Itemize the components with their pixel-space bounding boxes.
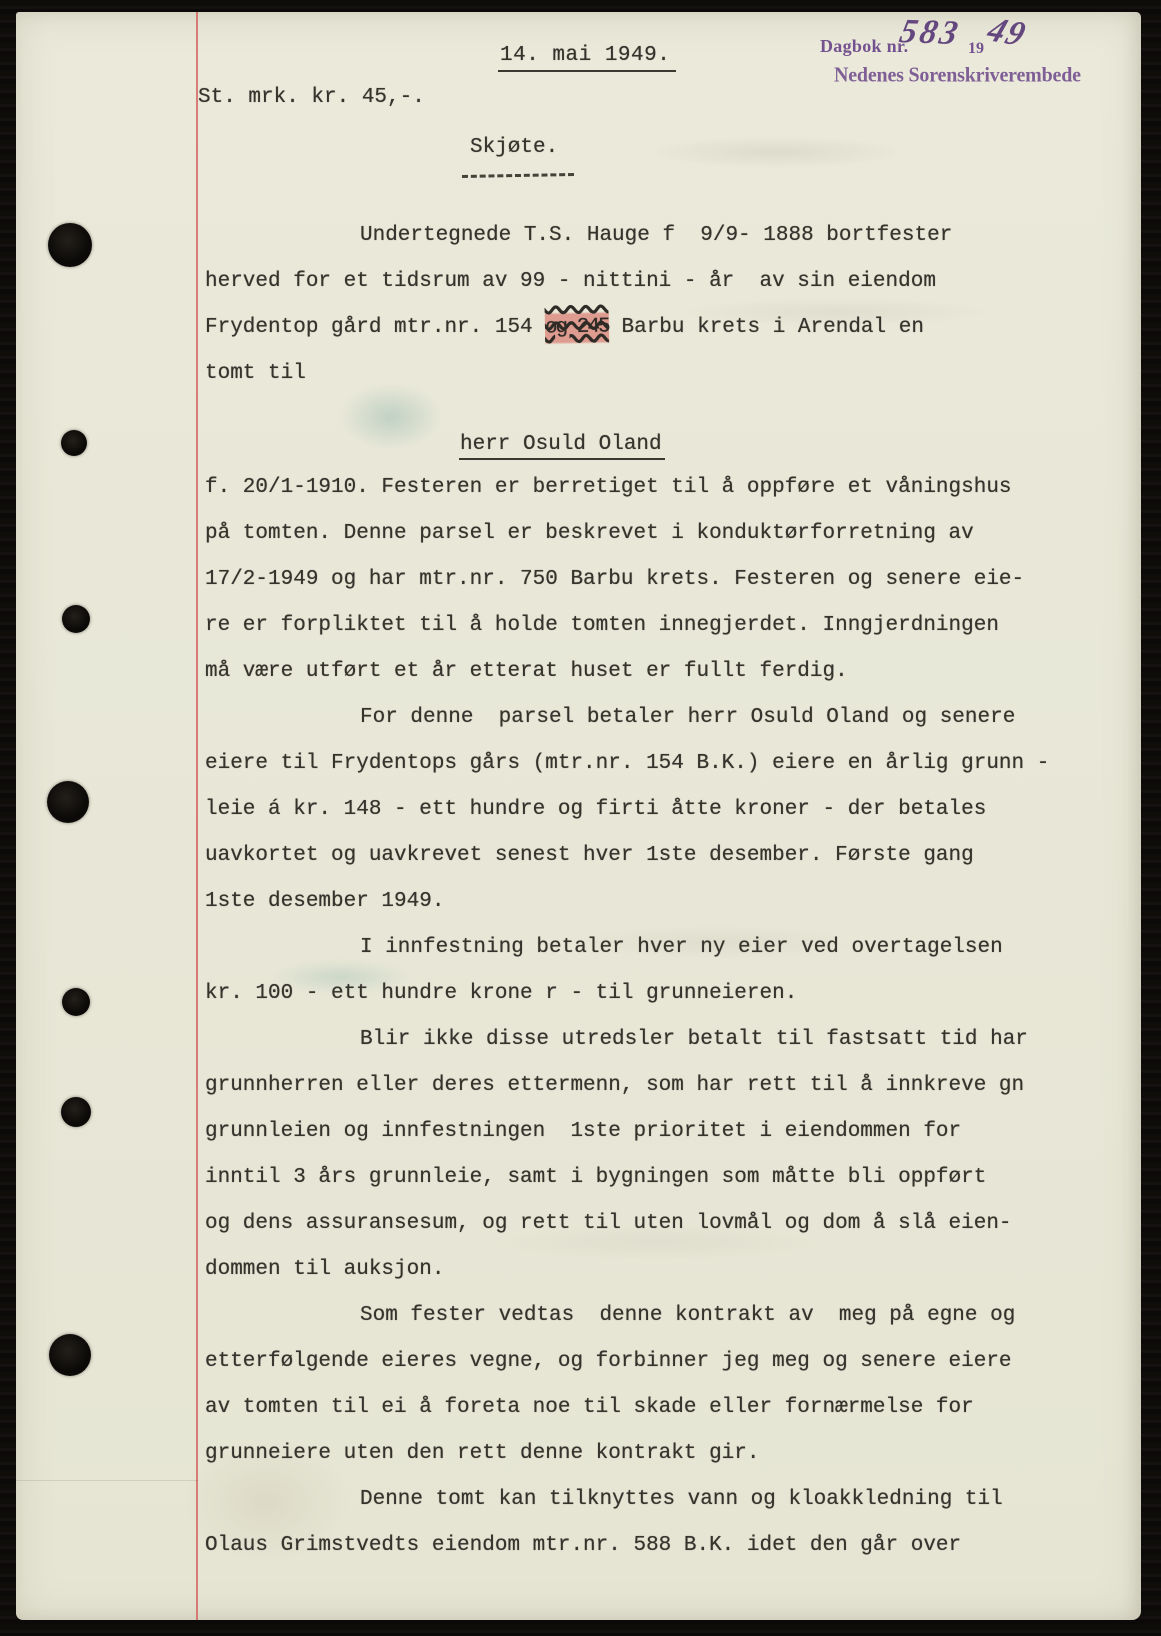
document-type-title: Skjøte. [470, 136, 558, 159]
typed-line: må være utført et år etterat huset er fu… [205, 649, 1085, 695]
paragraph-terms: f. 20/1-1910. Festeren er berretiget til… [205, 465, 1085, 1569]
red-margin-rule [196, 12, 198, 1620]
typed-line: inntil 3 års grunnleie, samt i bygningen… [205, 1155, 1085, 1201]
typed-line: Undertegnede T.S. Hauge f 9/9- 1888 bort… [205, 213, 1085, 259]
typed-line: tomt til [205, 351, 1085, 397]
journal-number-handwritten: 583 [896, 13, 964, 53]
punch-hole [48, 223, 92, 267]
typed-line: grunnleien og innfestningen 1ste priorit… [205, 1109, 1085, 1155]
year-handwritten: 49 [982, 11, 1032, 54]
punch-hole [61, 430, 87, 456]
typed-line: re er forpliktet til å holde tomten inne… [205, 603, 1085, 649]
typed-line: 17/2-1949 og har mtr.nr. 750 Barbu krets… [205, 557, 1085, 603]
year-prefix-printed: 19 [968, 40, 984, 58]
typed-line: grunneiere uten den rett denne kontrakt … [205, 1431, 1085, 1477]
punch-hole [61, 1097, 91, 1127]
typed-line: av tomten til ei å foreta noe til skade … [205, 1385, 1085, 1431]
typed-line: Denne tomt kan tilknyttes vann og kloakk… [205, 1477, 1085, 1523]
scanned-document: { "colors": { "paper": "#e9e7d8", "typew… [0, 0, 1161, 1636]
typed-line: I innfestning betaler hver ny eier ved o… [205, 925, 1085, 971]
stamp-duty-note: St. mrk. kr. 45,-. [198, 86, 425, 109]
paragraph-opening: Undertegnede T.S. Hauge f 9/9- 1888 bort… [205, 213, 1085, 397]
typed-line: eiere til Frydentops gårs (mtr.nr. 154 B… [205, 741, 1085, 787]
paper-crease [16, 1480, 198, 1481]
typed-text: Barbu krets i Arendal en [609, 316, 924, 339]
typed-line: Olaus Grimstvedts eiendom mtr.nr. 588 B.… [205, 1523, 1085, 1569]
typed-line: kr. 100 - ett hundre krone r - til grunn… [205, 971, 1085, 1017]
typed-line: Frydentop gård mtr.nr. 154 og 245 Barbu … [205, 305, 1085, 351]
document-date: 14. mai 1949. [498, 44, 676, 72]
journal-number-label: Dagbok nr. [820, 36, 908, 57]
typed-line: f. 20/1-1910. Festeren er berretiget til… [205, 465, 1085, 511]
grantee-heading: herr Osuld Oland [459, 422, 665, 468]
typed-line: herved for et tidsrum av 99 - nittini - … [205, 259, 1085, 305]
punch-hole [49, 1334, 91, 1376]
punch-hole [62, 988, 90, 1016]
paper-sheet: 14. mai 1949. St. mrk. kr. 45,-. Skjøte.… [16, 12, 1141, 1620]
typed-line: grunnherren eller deres ettermenn, som h… [205, 1063, 1085, 1109]
typed-line: For denne parsel betaler herr Osuld Olan… [205, 695, 1085, 741]
typed-line: Som fester vedtas denne kontrakt av meg … [205, 1293, 1085, 1339]
punch-hole [62, 605, 90, 633]
typed-line: og dens assuransesum, og rett til uten l… [205, 1201, 1085, 1247]
typed-line: Blir ikke disse utredsler betalt til fas… [205, 1017, 1085, 1063]
typed-line: etterfølgende eieres vegne, og forbinner… [205, 1339, 1085, 1385]
typed-line: leie á kr. 148 - ett hundre og firti ått… [205, 787, 1085, 833]
crossed-out-text: og 245 [545, 304, 609, 351]
office-stamp: Nedenes Sorenskriverembede [834, 63, 1081, 88]
typed-line: 1ste desember 1949. [205, 879, 1085, 925]
punch-hole [47, 781, 89, 823]
typed-line: dommen til auksjon. [205, 1247, 1085, 1293]
typed-line: på tomten. Denne parsel er beskrevet i k… [205, 511, 1085, 557]
typed-line: uavkortet og uavkrevet senest hver 1ste … [205, 833, 1085, 879]
dashed-underline [462, 173, 574, 178]
typed-text: Frydentop gård mtr.nr. 154 [205, 316, 545, 339]
grantee-name: herr Osuld Oland [459, 433, 665, 460]
